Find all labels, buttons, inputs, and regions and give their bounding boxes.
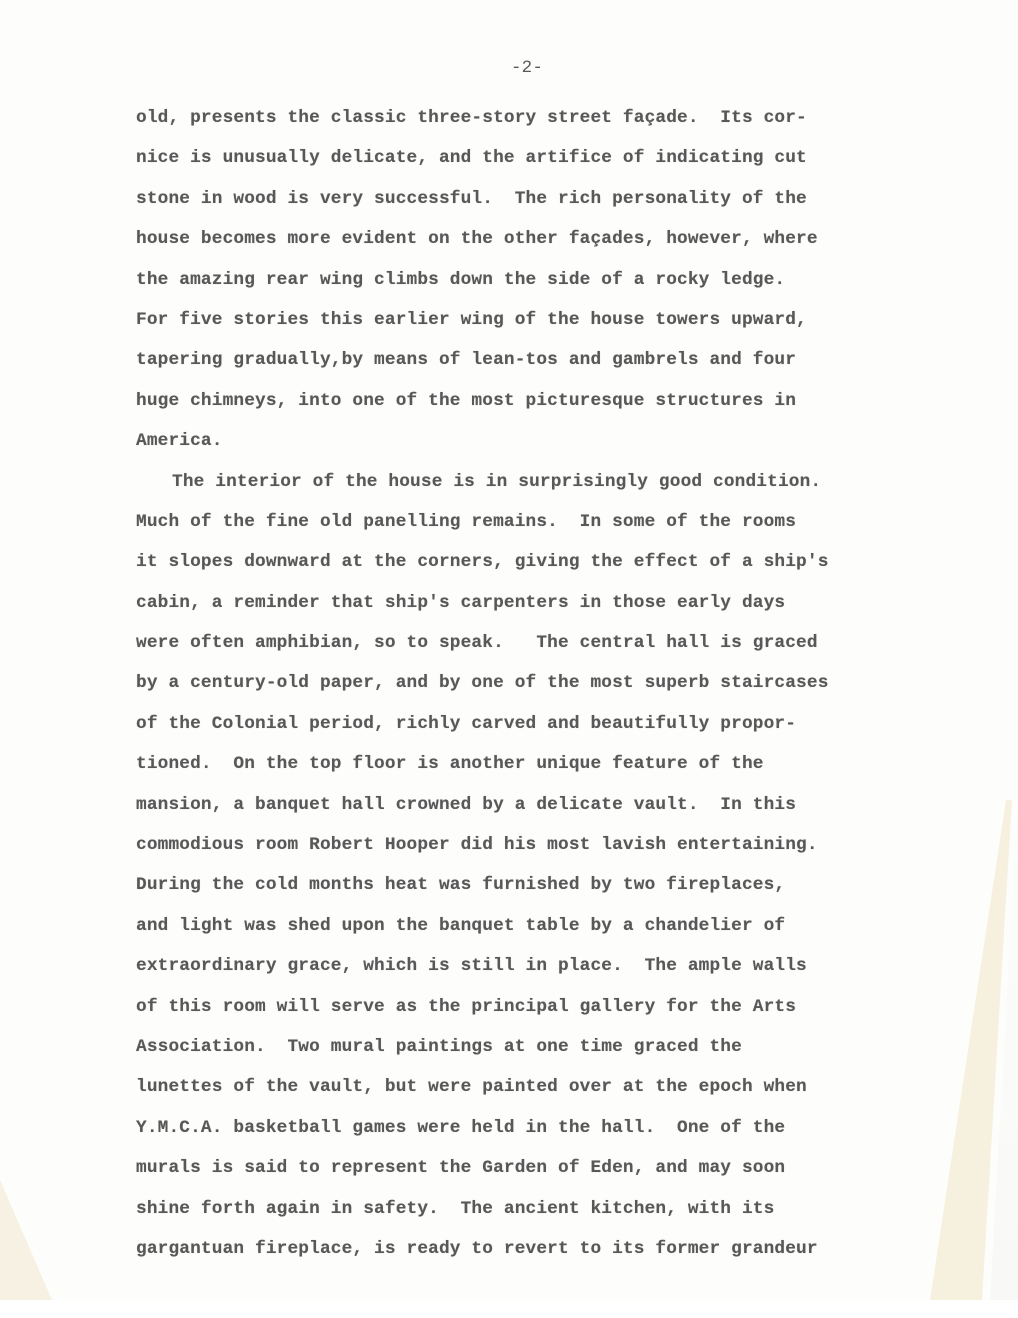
text-line: extraordinary grace, which is still in p… — [136, 946, 936, 986]
text-line: were often amphibian, so to speak. The c… — [136, 623, 936, 663]
text-line: Much of the fine old panelling remains. … — [136, 502, 936, 542]
text-line: the amazing rear wing climbs down the si… — [136, 260, 936, 300]
text-line: shine forth again in safety. The ancient… — [136, 1189, 936, 1229]
paragraph-first-line: The interior of the house is in surprisi… — [136, 462, 936, 502]
page-number: -2- — [0, 58, 1018, 78]
text-line: and light was shed upon the banquet tabl… — [136, 906, 936, 946]
text-line: house becomes more evident on the other … — [136, 219, 936, 259]
text-line: nice is unusually delicate, and the arti… — [136, 138, 936, 178]
text-line: it slopes downward at the corners, givin… — [136, 542, 936, 582]
text-line: of this room will serve as the principal… — [136, 987, 936, 1027]
text-line: cabin, a reminder that ship's carpenters… — [136, 583, 936, 623]
text-line: stone in wood is very successful. The ri… — [136, 179, 936, 219]
text-line: Y.M.C.A. basketball games were held in t… — [136, 1108, 936, 1148]
text-line: Association. Two mural paintings at one … — [136, 1027, 936, 1067]
text-line: commodious room Robert Hooper did his mo… — [136, 825, 936, 865]
page-bottom-edge — [0, 1300, 1018, 1318]
text-line: tapering gradually,by means of lean-tos … — [136, 340, 936, 380]
text-line: tioned. On the top floor is another uniq… — [136, 744, 936, 784]
text-line: old, presents the classic three-story st… — [136, 98, 936, 138]
text-line: of the Colonial period, richly carved an… — [136, 704, 936, 744]
text-line: gargantuan fireplace, is ready to revert… — [136, 1229, 936, 1269]
text-line: mansion, a banquet hall crowned by a del… — [136, 785, 936, 825]
text-line: lunettes of the vault, but were painted … — [136, 1067, 936, 1107]
text-line: huge chimneys, into one of the most pict… — [136, 381, 936, 421]
text-line: For five stories this earlier wing of th… — [136, 300, 936, 340]
text-line: by a century-old paper, and by one of th… — [136, 663, 936, 703]
text-line: During the cold months heat was furnishe… — [136, 865, 936, 905]
typed-body-text: old, presents the classic three-story st… — [136, 98, 936, 1269]
text-line: America. — [136, 421, 936, 461]
text-line: murals is said to represent the Garden o… — [136, 1148, 936, 1188]
